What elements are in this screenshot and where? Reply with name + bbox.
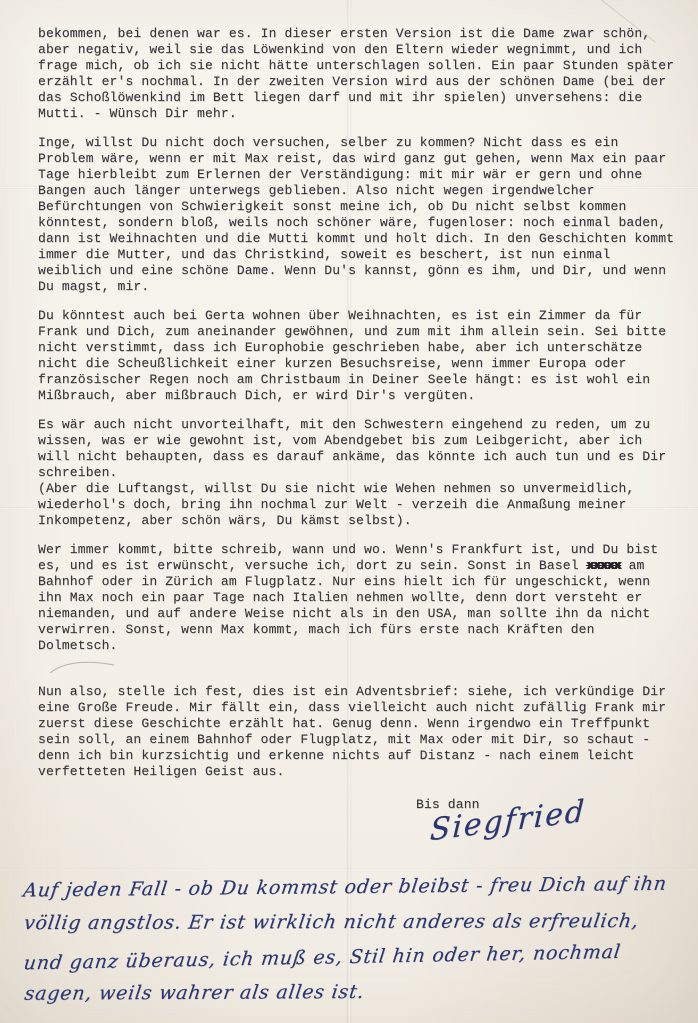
- postscript-line: völlig angstlos. Er ist wirklich nicht a…: [23, 910, 685, 934]
- letter-paragraph: Es wär auch nicht unvorteilhaft, mit den…: [38, 417, 680, 481]
- letter-paragraph: Wer immer kommt, bitte schreib, wann und…: [38, 542, 680, 654]
- overstruck-word: xxxxx: [587, 558, 621, 573]
- postscript-line: sagen, weils wahrer als alles ist.: [23, 979, 685, 1004]
- letter-paragraph: bekommen, bei denen war es. In dieser er…: [38, 26, 680, 122]
- handwritten-postscript: Auf jeden Fall - ob Du kommst oder bleib…: [23, 873, 684, 1020]
- scanned-letter-page: bekommen, bei denen war es. In dieser er…: [0, 0, 698, 1023]
- typed-letter-body: bekommen, bei denen war es. In dieser er…: [38, 26, 680, 839]
- paragraph-text: Wer immer kommt, bitte schreib, wann und…: [38, 542, 658, 573]
- postscript-line: und ganz überaus, ich muß es, Stil hin o…: [22, 940, 685, 975]
- letter-paragraph-parenthetical: (Aber die Luftangst, willst Du sie nicht…: [38, 481, 680, 529]
- letter-paragraph: Du könntest auch bei Gerta wohnen über W…: [38, 308, 680, 404]
- letter-paragraph: Nun also, stelle ich fest, dies ist ein …: [38, 684, 680, 780]
- horizontal-fold-crease-bottom: [0, 868, 698, 870]
- letter-paragraph: Inge, willst Du nicht doch versuchen, se…: [38, 135, 680, 295]
- postscript-line: Auf jeden Fall - ob Du kommst oder bleib…: [22, 873, 685, 902]
